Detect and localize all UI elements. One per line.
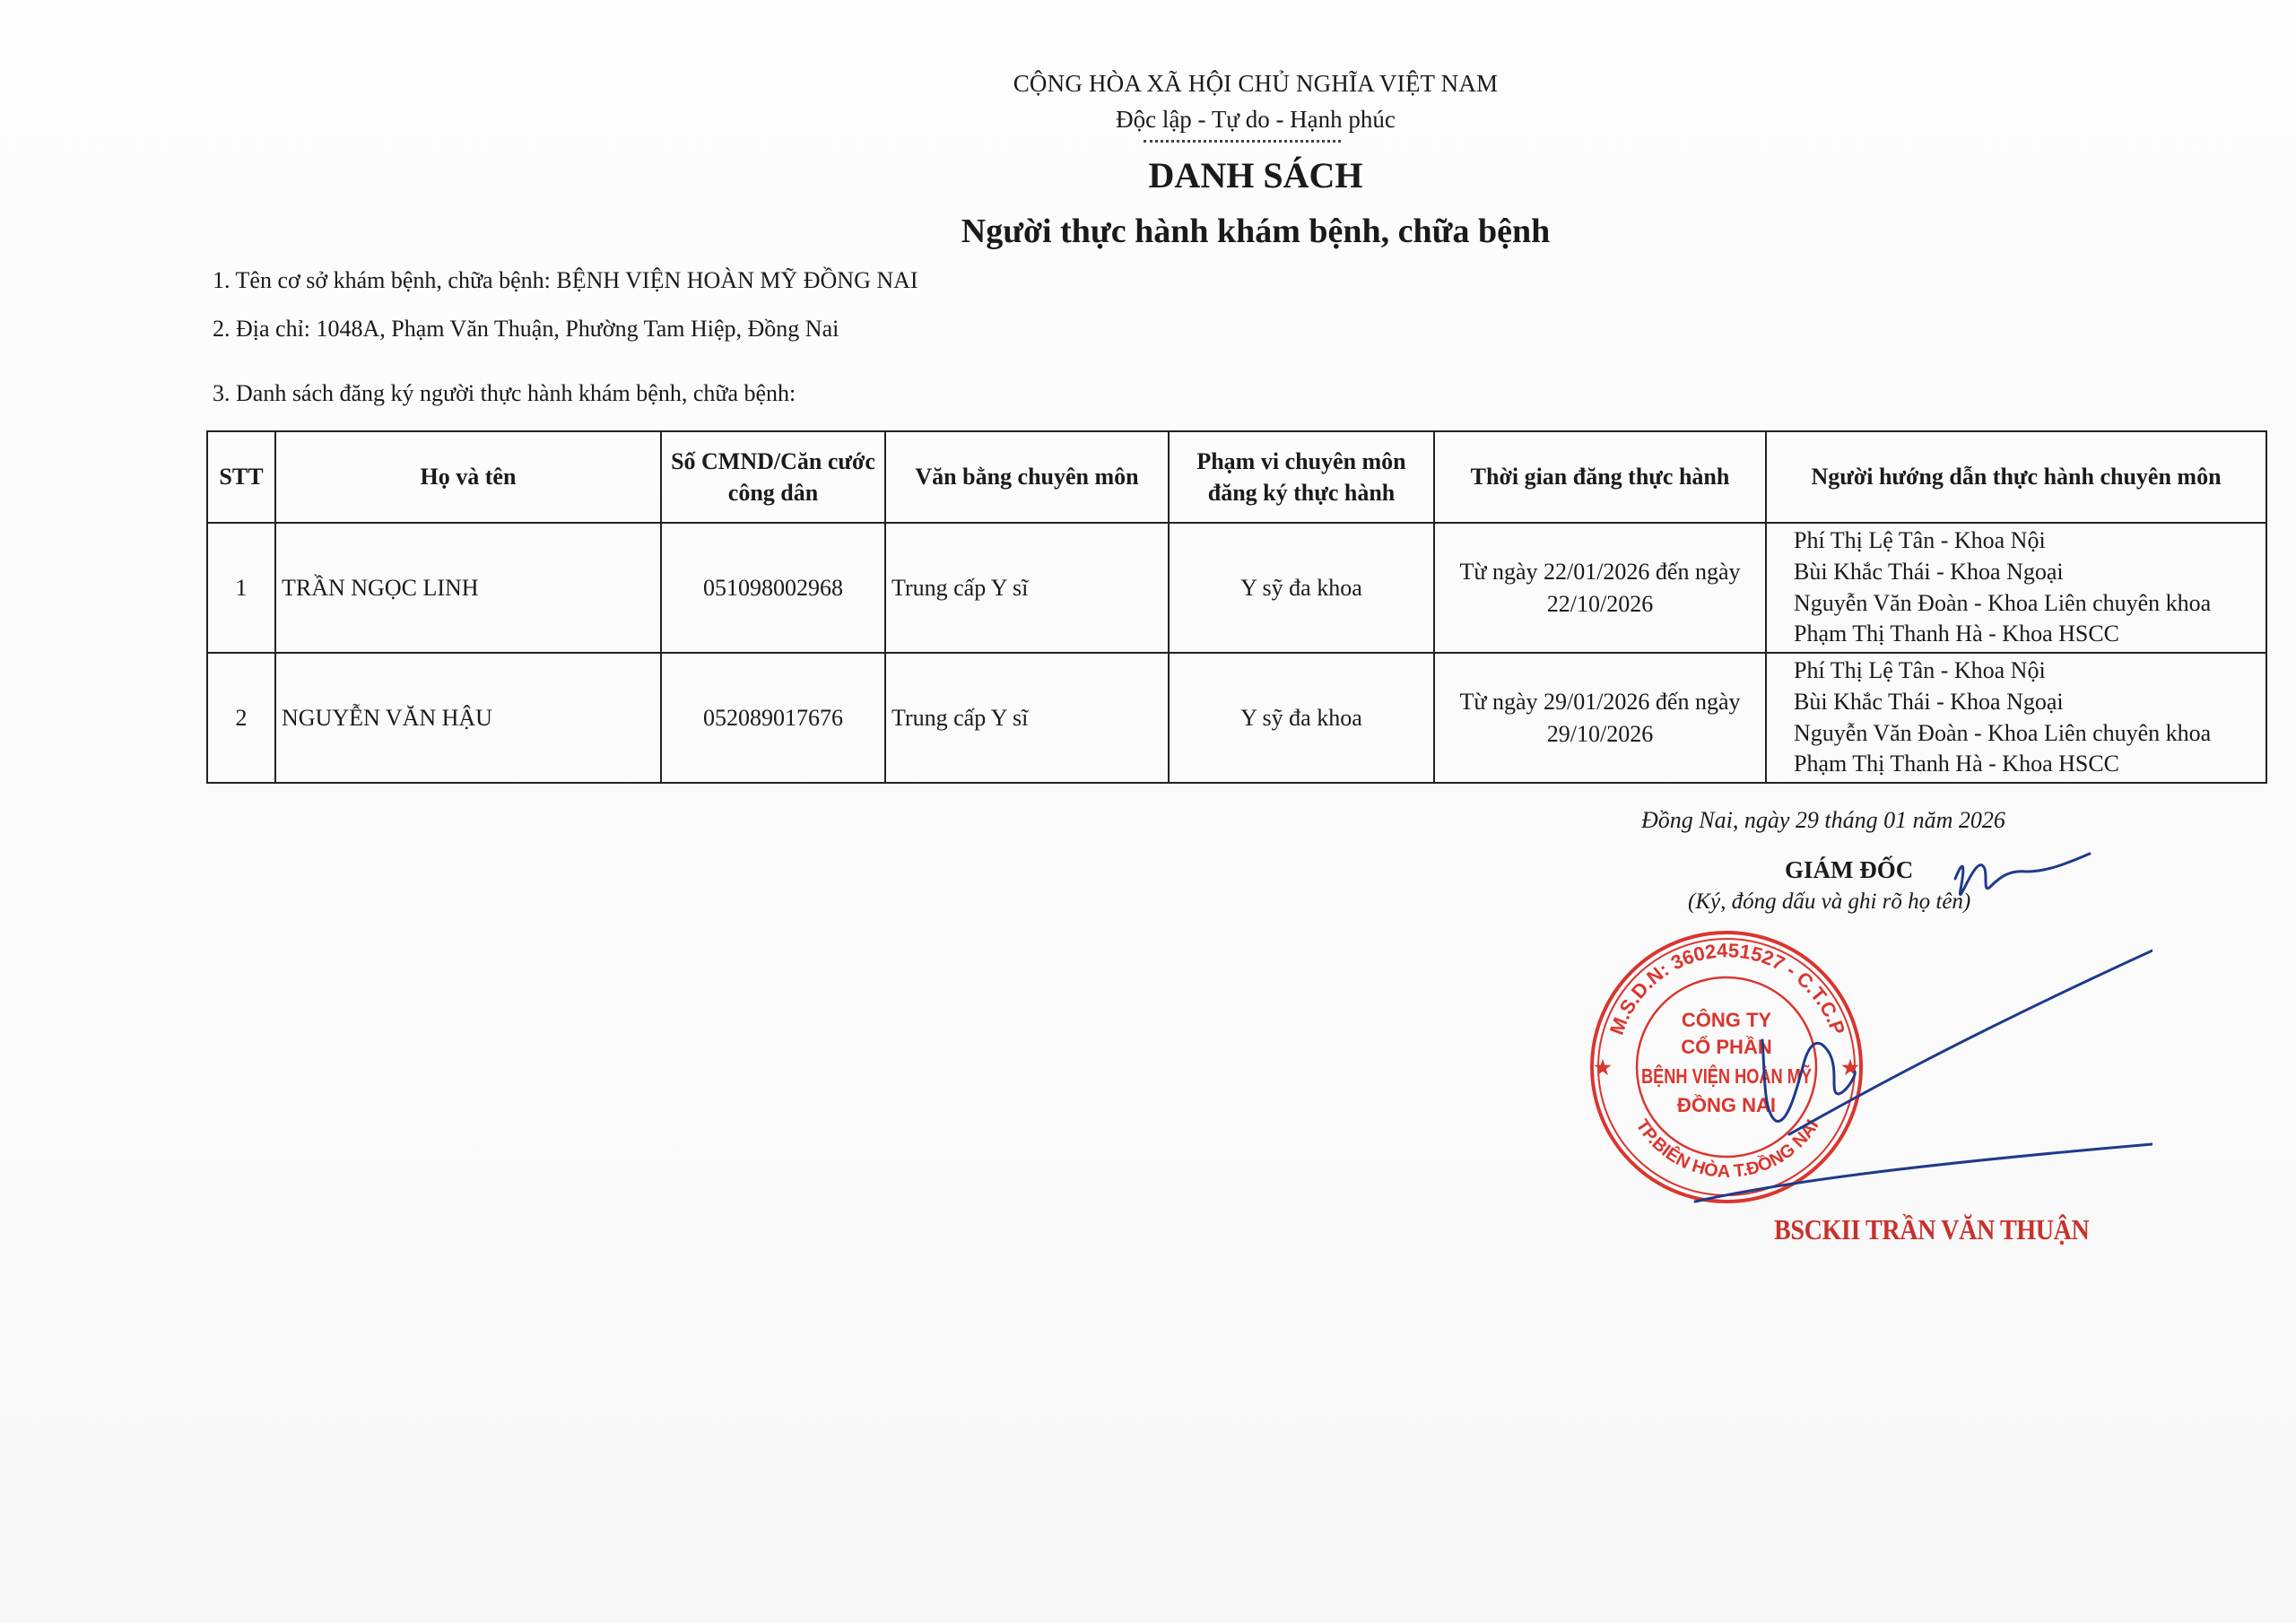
supervisor-item: Bùi Khắc Thái - Khoa Ngoại	[1794, 557, 2260, 588]
stamp-line3: BỆNH VIỆN HOÀN MỸ	[1641, 1063, 1812, 1088]
cell-period: Từ ngày 29/01/2026 đến ngày 29/10/2026	[1434, 653, 1766, 783]
supervisor-item: Nguyễn Văn Đoàn - Khoa Liên chuyên khoa	[1794, 588, 2260, 620]
cell-degree: Trung cấp Y sĩ	[885, 653, 1169, 783]
signature-note: (Ký, đóng dấu và ghi rõ họ tên)	[1688, 890, 1970, 915]
cell-stt: 1	[207, 523, 275, 653]
supervisor-item: Phạm Thị Thanh Hà - Khoa HSCC	[1794, 749, 2260, 780]
signer-name: BSCKII TRẦN VĂN THUẬN	[1774, 1213, 2089, 1246]
signature-place-date: Đồng Nai, ngày 29 tháng 01 năm 2026	[1641, 807, 2005, 834]
supervisor-item: Bùi Khắc Thái - Khoa Ngoại	[1794, 687, 2260, 718]
col-name: Họ và tên	[275, 431, 661, 523]
supervisor-item: Phí Thị Lệ Tân - Khoa Nội	[1794, 525, 2260, 557]
cell-id-number: 052089017676	[661, 653, 885, 783]
cell-stt: 2	[207, 653, 275, 783]
supervisor-item: Nguyễn Văn Đoàn - Khoa Liên chuyên khoa	[1794, 718, 2260, 750]
table-header-row: STT Họ và tên Số CMND/Căn cước công dân …	[207, 431, 2266, 523]
cell-name: NGUYỄN VĂN HẬU	[275, 653, 661, 783]
company-stamp-icon: M.S.D.N: 3602451527 - C.T.C.P TP.BIÊN HÒ…	[1583, 924, 1870, 1211]
motto-underline	[1144, 140, 1341, 143]
cell-scope: Y sỹ đa khoa	[1169, 523, 1434, 653]
document-page: CỘNG HÒA XÃ HỘI CHỦ NGHĨA VIỆT NAM Độc l…	[0, 0, 2296, 1623]
document-subtitle: Người thực hành khám bệnh, chữa bệnh	[807, 212, 1704, 251]
col-id-number: Số CMND/Căn cước công dân	[661, 431, 885, 523]
stamp-line1: CÔNG TY	[1682, 1009, 1772, 1031]
col-supervisors: Người hướng dẫn thực hành chuyên môn	[1766, 431, 2266, 523]
signature-role: GIÁM ĐỐC	[1785, 856, 1913, 884]
nation-heading: CỘNG HÒA XÃ HỘI CHỦ NGHĨA VIỆT NAM	[906, 70, 1605, 98]
facility-name: 1. Tên cơ sở khám bệnh, chữa bệnh: BỆNH …	[213, 267, 918, 294]
national-motto: Độc lập - Tự do - Hạnh phúc	[906, 106, 1605, 134]
svg-text:★: ★	[1841, 1056, 1859, 1079]
supervisor-item: Phạm Thị Thanh Hà - Khoa HSCC	[1794, 619, 2260, 650]
col-period: Thời gian đăng thực hành	[1434, 431, 1766, 523]
practitioner-table: STT Họ và tên Số CMND/Căn cước công dân …	[206, 430, 2267, 784]
table-row: 1 TRẦN NGỌC LINH 051098002968 Trung cấp …	[207, 523, 2266, 653]
facility-address: 2. Địa chỉ: 1048A, Phạm Văn Thuận, Phườn…	[213, 316, 839, 343]
stamp-line2: CỔ PHẦN	[1681, 1036, 1771, 1058]
document-title: DANH SÁCH	[906, 154, 1605, 196]
cell-id-number: 051098002968	[661, 523, 885, 653]
cell-name: TRẦN NGỌC LINH	[275, 523, 661, 653]
col-scope: Phạm vi chuyên môn đăng ký thực hành	[1169, 431, 1434, 523]
table-row: 2 NGUYỄN VĂN HẬU 052089017676 Trung cấp …	[207, 653, 2266, 783]
cell-scope: Y sỹ đa khoa	[1169, 653, 1434, 783]
cell-period: Từ ngày 22/01/2026 đến ngày 22/10/2026	[1434, 523, 1766, 653]
col-degree: Văn bằng chuyên môn	[885, 431, 1169, 523]
supervisor-item: Phí Thị Lệ Tân - Khoa Nội	[1794, 655, 2260, 687]
cell-supervisors: Phí Thị Lệ Tân - Khoa Nội Bùi Khắc Thái …	[1766, 653, 2266, 783]
list-heading: 3. Danh sách đăng ký người thực hành khá…	[213, 380, 796, 407]
cell-degree: Trung cấp Y sĩ	[885, 523, 1169, 653]
stamp-line4: ĐỒNG NAI	[1677, 1094, 1776, 1116]
col-stt: STT	[207, 431, 275, 523]
svg-text:★: ★	[1594, 1056, 1612, 1079]
cell-supervisors: Phí Thị Lệ Tân - Khoa Nội Bùi Khắc Thái …	[1766, 523, 2266, 653]
